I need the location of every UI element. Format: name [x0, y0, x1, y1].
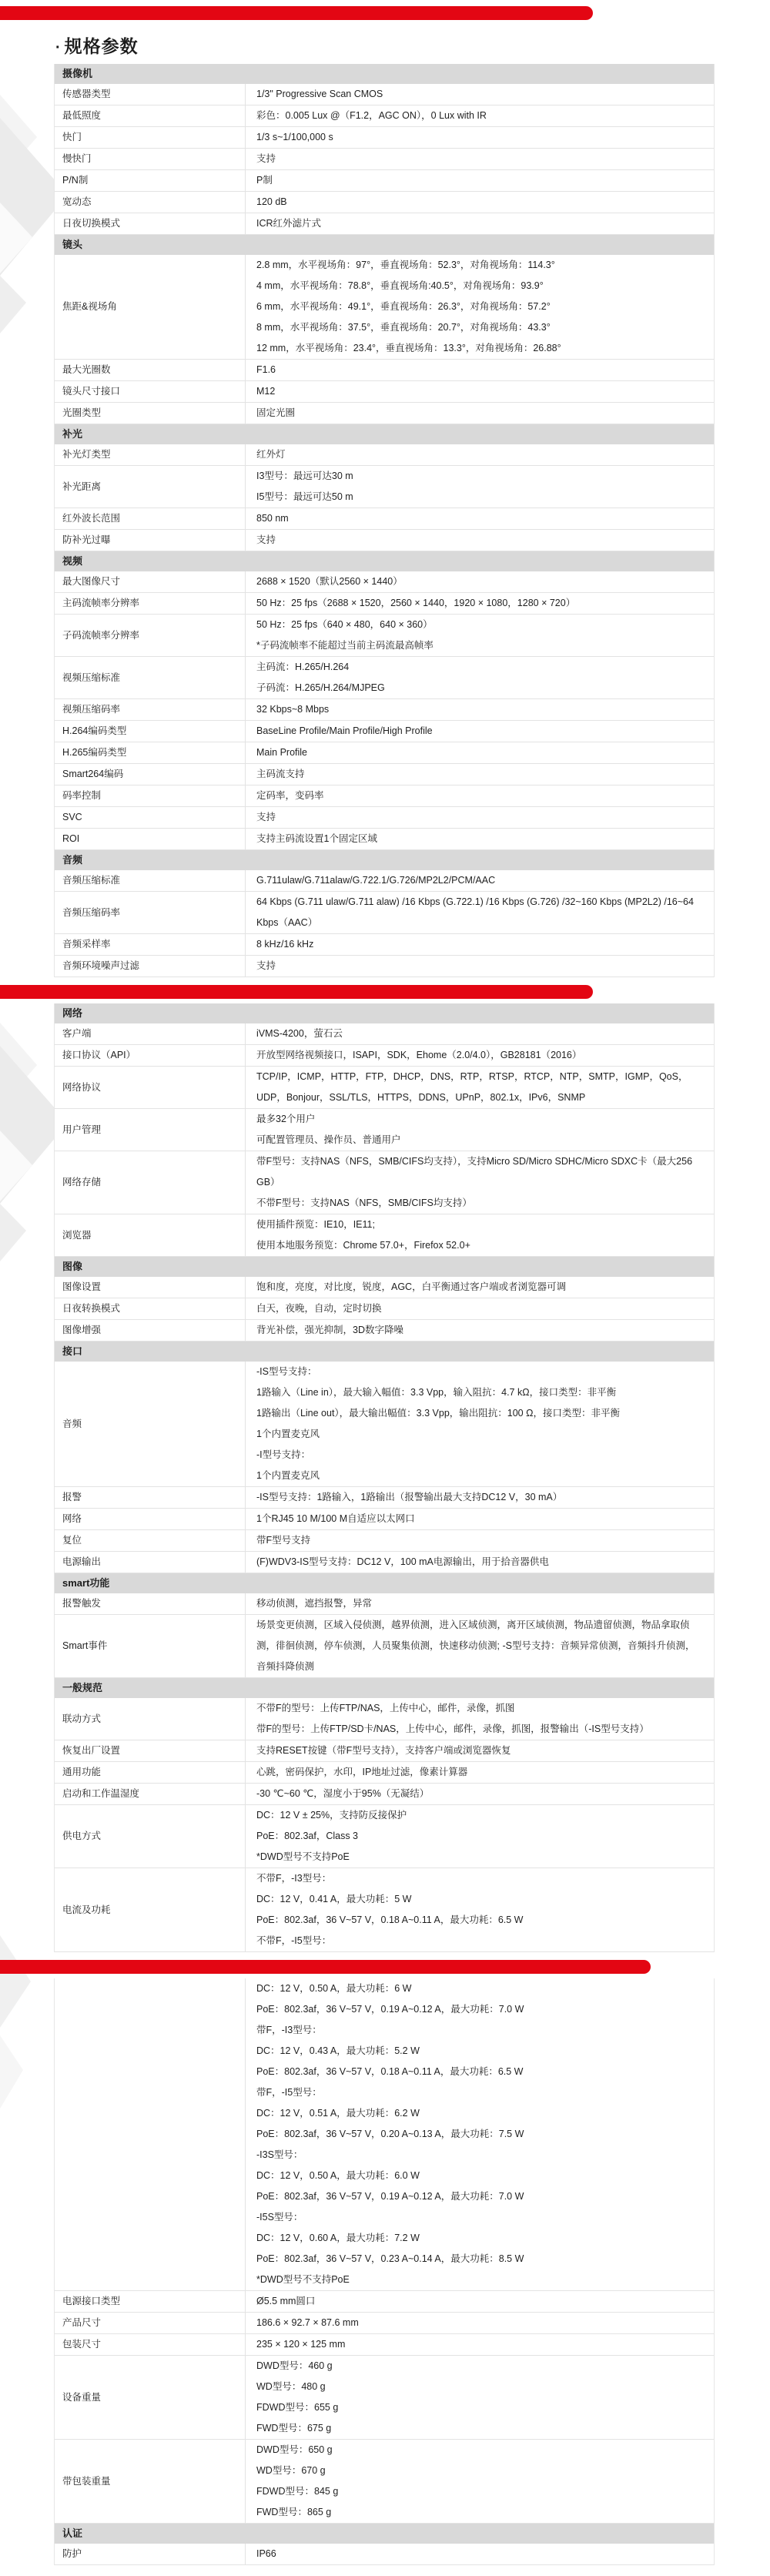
spec-value: 支持 — [246, 807, 714, 828]
spec-line: 带F型号支持 — [256, 1530, 703, 1551]
spec-label: H.265编码类型 — [55, 742, 246, 763]
spec-label: 网络协议 — [55, 1067, 246, 1108]
spec-label: 音频环境噪声过滤 — [55, 956, 246, 976]
spec-line: 红外灯 — [256, 444, 703, 465]
spec-value: 彩色：0.005 Lux @（F1.2，AGC ON），0 Lux with I… — [246, 106, 714, 126]
spec-line: (F)WDV3-IS型号支持：DC12 V，100 mA电源输出，用于拾音器供电 — [256, 1552, 703, 1573]
spec-label: 音频压缩码率 — [55, 892, 246, 933]
spec-line: 不带F型号：支持NAS（NFS，SMB/CIFS均支持） — [256, 1193, 703, 1214]
spec-line: DWD型号：650 g — [256, 2440, 703, 2460]
spec-line: 带F的型号：上传FTP/SD卡/NAS，上传中心，邮件，录像，抓图，报警输出（-… — [256, 1719, 703, 1740]
spec-label: 设备重量 — [55, 2356, 246, 2439]
red-divider-bar — [0, 1960, 651, 1974]
spec-line: 6 mm，水平视场角：49.1°，垂直视场角：26.3°，对角视场角：57.2° — [256, 296, 703, 317]
spec-label: 网络 — [55, 1509, 246, 1529]
spec-row: 电源输出(F)WDV3-IS型号支持：DC12 V，100 mA电源输出，用于拾… — [55, 1552, 714, 1573]
spec-label: 最低照度 — [55, 106, 246, 126]
spec-label: 光圈类型 — [55, 403, 246, 424]
spec-value: 850 nm — [246, 508, 714, 529]
spec-line: 带F，-I3型号： — [256, 2020, 703, 2041]
spec-line: PoE：802.3af，36 V~57 V，0.19 A~0.12 A，最大功耗… — [256, 1999, 703, 2020]
spec-row: 音频压缩标准G.711ulaw/G.711alaw/G.722.1/G.726/… — [55, 870, 714, 892]
spec-row: 浏览器使用插件预览：IE10，IE11;使用本地服务预览：Chrome 57.0… — [55, 1214, 714, 1257]
spec-line: 1路输入（Line in），最大输入幅值：3.3 Vpp，输入阻抗：4.7 kΩ… — [256, 1382, 703, 1403]
spec-label: 码率控制 — [55, 786, 246, 806]
spec-row: 接口协议（API）开放型网络视频接口，ISAPI，SDK，Ehome（2.0/4… — [55, 1045, 714, 1067]
section-header: 音频 — [55, 850, 714, 870]
spec-row: 音频压缩码率64 Kbps (G.711 ulaw/G.711 alaw) /1… — [55, 892, 714, 934]
spec-value: DC：12 V，0.50 A，最大功耗：6 WPoE：802.3af，36 V~… — [246, 1978, 714, 2290]
watermark-graphic — [0, 1920, 46, 2151]
section-header: 图像 — [55, 1257, 714, 1277]
spec-value: DC：12 V ± 25%，支持防反接保护PoE：802.3af，Class 3… — [246, 1805, 714, 1868]
spec-line: WD型号：670 g — [256, 2460, 703, 2481]
spec-label: 带包装重量 — [55, 2440, 246, 2523]
spec-value: 1/3 s~1/100,000 s — [246, 127, 714, 148]
spec-row: 网络协议TCP/IP，ICMP，HTTP，FTP，DHCP，DNS，RTP，RT… — [55, 1067, 714, 1109]
spec-line: 开放型网络视频接口，ISAPI，SDK，Ehome（2.0/4.0），GB281… — [256, 1045, 703, 1066]
spec-value: P制 — [246, 170, 714, 191]
spec-label: 报警 — [55, 1487, 246, 1508]
spec-row: 视频压缩标准主码流：H.265/H.264子码流：H.265/H.264/MJP… — [55, 657, 714, 699]
spec-value: 带F型号支持 — [246, 1530, 714, 1551]
spec-line: 支持 — [256, 807, 703, 828]
spec-value: 背光补偿，强光抑制，3D数字降噪 — [246, 1320, 714, 1341]
spec-label: 图像增强 — [55, 1320, 246, 1341]
spec-line: 可配置管理员、操作员、普通用户 — [256, 1130, 703, 1151]
spec-label: 子码流帧率分辨率 — [55, 615, 246, 656]
spec-line: 饱和度，亮度，对比度，锐度，AGC，白平衡通过客户端或者浏览器可调 — [256, 1277, 703, 1298]
spec-value: 64 Kbps (G.711 ulaw/G.711 alaw) /16 Kbps… — [246, 892, 714, 933]
spec-row: 图像设置饱和度，亮度，对比度，锐度，AGC，白平衡通过客户端或者浏览器可调 — [55, 1277, 714, 1298]
spec-line: 120 dB — [256, 192, 703, 213]
spec-line: FDWD型号：845 g — [256, 2481, 703, 2502]
spec-line: PoE：802.3af，36 V~57 V，0.18 A~0.11 A，最大功耗… — [256, 2062, 703, 2082]
spec-value: 1个RJ45 10 M/100 M自适应以太网口 — [246, 1509, 714, 1529]
spec-line: 使用插件预览：IE10，IE11; — [256, 1214, 703, 1235]
spec-value: TCP/IP，ICMP，HTTP，FTP，DHCP，DNS，RTP，RTSP，R… — [246, 1067, 714, 1108]
spec-value: F1.6 — [246, 360, 714, 380]
spec-label: P/N制 — [55, 170, 246, 191]
spec-value: 2.8 mm，水平视场角：97°，垂直视场角：52.3°，对角视场角：114.3… — [246, 255, 714, 359]
spec-row: H.264编码类型BaseLine Profile/Main Profile/H… — [55, 721, 714, 742]
spec-row: 码率控制定码率，变码率 — [55, 786, 714, 807]
spec-label: 主码流帧率分辨率 — [55, 593, 246, 614]
spec-row: 镜头尺寸接口M12 — [55, 381, 714, 403]
section-header: 网络 — [55, 1003, 714, 1023]
spec-row: 电源接口类型Ø5.5 mm圆口 — [55, 2291, 714, 2313]
spec-row: 红外波长范围850 nm — [55, 508, 714, 530]
spec-line: *DWD型号不支持PoE — [256, 1847, 703, 1868]
spec-line: I5型号：最远可达50 m — [256, 487, 703, 507]
spec-label — [55, 1978, 246, 2290]
spec-line: 1/3" Progressive Scan CMOS — [256, 84, 703, 105]
spec-label: SVC — [55, 807, 246, 828]
spec-label: 音频采样率 — [55, 934, 246, 955]
spec-row: 电流及功耗不带F，-I3型号：DC：12 V，0.41 A，最大功耗：5 WPo… — [55, 1868, 714, 1952]
section-header: 镜头 — [55, 235, 714, 255]
spec-line: 32 Kbps~8 Mbps — [256, 699, 703, 720]
red-divider-bar — [0, 6, 593, 20]
spec-label: 红外波长范围 — [55, 508, 246, 529]
spec-value: 主码流：H.265/H.264子码流：H.265/H.264/MJPEG — [246, 657, 714, 698]
spec-row: 网络存储带F型号：支持NAS（NFS，SMB/CIFS均支持），支持Micro … — [55, 1151, 714, 1214]
spec-row: SVC支持 — [55, 807, 714, 829]
spec-line: BaseLine Profile/Main Profile/High Profi… — [256, 721, 703, 742]
spec-row: DC：12 V，0.50 A，最大功耗：6 WPoE：802.3af，36 V~… — [55, 1978, 714, 2291]
spec-value: ICR红外滤片式 — [246, 213, 714, 234]
spec-row: 防护IP66 — [55, 2544, 714, 2565]
spec-label: 报警触发 — [55, 1593, 246, 1614]
spec-line: IP66 — [256, 2544, 703, 2564]
spec-row: Smart264编码主码流支持 — [55, 764, 714, 786]
spec-line: UDP，Bonjour，SSL/TLS，HTTPS，DDNS，UPnP，802.… — [256, 1087, 703, 1108]
spec-value: 红外灯 — [246, 444, 714, 465]
spec-line: DC：12 V，0.41 A，最大功耗：5 W — [256, 1889, 703, 1910]
spec-label: 包装尺寸 — [55, 2334, 246, 2355]
spec-line: PoE：802.3af，36 V~57 V，0.18 A~0.11 A，最大功耗… — [256, 1910, 703, 1931]
spec-line: DC：12 V ± 25%，支持防反接保护 — [256, 1805, 703, 1826]
spec-line: 背光补偿，强光抑制，3D数字降噪 — [256, 1320, 703, 1341]
spec-label: 日夜转换模式 — [55, 1298, 246, 1319]
spec-value: 2688 × 1520（默认2560 × 1440） — [246, 571, 714, 592]
red-divider-bar — [0, 985, 593, 999]
spec-label: 音频 — [55, 1362, 246, 1486]
spec-line: 带F，-I5型号： — [256, 2082, 703, 2103]
spec-line: 主码流支持 — [256, 764, 703, 785]
spec-row: 最大图像尺寸2688 × 1520（默认2560 × 1440） — [55, 571, 714, 593]
spec-line: -30 ℃~60 ℃，湿度小于95%（无凝结） — [256, 1784, 703, 1804]
spec-row: 包装尺寸235 × 120 × 125 mm — [55, 2334, 714, 2356]
spec-line: *子码流帧率不能超过当前主码流最高帧率 — [256, 635, 703, 656]
spec-label: 音频压缩标准 — [55, 870, 246, 891]
spec-value: DWD型号：460 gWD型号：480 gFDWD型号：655 gFWD型号：6… — [246, 2356, 714, 2439]
spec-line: FWD型号：865 g — [256, 2502, 703, 2523]
spec-row: 音频环境噪声过滤支持 — [55, 956, 714, 977]
spec-label: 启动和工作温湿度 — [55, 1784, 246, 1804]
spec-line: 不带F，-I5型号： — [256, 1931, 703, 1951]
spec-row: H.265编码类型Main Profile — [55, 742, 714, 764]
spec-value: BaseLine Profile/Main Profile/High Profi… — [246, 721, 714, 742]
spec-row: 最低照度彩色：0.005 Lux @（F1.2，AGC ON），0 Lux wi… — [55, 106, 714, 127]
spec-line: DC：12 V，0.50 A，最大功耗：6.0 W — [256, 2166, 703, 2186]
spec-line: iVMS-4200，萤石云 — [256, 1023, 703, 1044]
spec-row: 网络1个RJ45 10 M/100 M自适应以太网口 — [55, 1509, 714, 1530]
spec-label: H.264编码类型 — [55, 721, 246, 742]
spec-line: 彩色：0.005 Lux @（F1.2，AGC ON），0 Lux with I… — [256, 106, 703, 126]
spec-value: 支持主码流设置1个固定区域 — [246, 829, 714, 849]
spec-value: 不带F，-I3型号：DC：12 V，0.41 A，最大功耗：5 WPoE：802… — [246, 1868, 714, 1951]
spec-row: 设备重量DWD型号：460 gWD型号：480 gFDWD型号：655 gFWD… — [55, 2356, 714, 2440]
title-text: 规格参数 — [65, 36, 139, 56]
title-bullet: · — [55, 39, 62, 56]
spec-value: (F)WDV3-IS型号支持：DC12 V，100 mA电源输出，用于拾音器供电 — [246, 1552, 714, 1573]
spec-line: 不带F的型号：上传FTP/NAS，上传中心，邮件，录像，抓图 — [256, 1698, 703, 1719]
spec-label: 恢复出厂设置 — [55, 1740, 246, 1761]
spec-line: 50 Hz：25 fps（640 × 480，640 × 360） — [256, 615, 703, 635]
spec-row: 恢复出厂设置支持RESET按键（带F型号支持），支持客户端或浏览器恢复 — [55, 1740, 714, 1762]
spec-row: 报警-IS型号支持：1路输入，1路输出（报警输出最大支持DC12 V，30 mA… — [55, 1487, 714, 1509]
spec-line: 带F型号：支持NAS（NFS，SMB/CIFS均支持），支持Micro SD/M… — [256, 1151, 703, 1193]
spec-line: DC：12 V，0.50 A，最大功耗：6 W — [256, 1978, 703, 1999]
spec-line: PoE：802.3af，36 V~57 V，0.19 A~0.12 A，最大功耗… — [256, 2186, 703, 2207]
spec-line: 场景变更侦测，区域入侵侦测，越界侦测，进入区域侦测，离开区域侦测，物品遗留侦测，… — [256, 1615, 703, 1677]
spec-value: 开放型网络视频接口，ISAPI，SDK，Ehome（2.0/4.0），GB281… — [246, 1045, 714, 1066]
spec-line: 支持 — [256, 530, 703, 551]
spec-value: 50 Hz：25 fps（640 × 480，640 × 360）*子码流帧率不… — [246, 615, 714, 656]
spec-row: 联动方式不带F的型号：上传FTP/NAS，上传中心，邮件，录像，抓图带F的型号：… — [55, 1698, 714, 1740]
spec-line: 最多32个用户 — [256, 1109, 703, 1130]
spec-line: -IS型号支持：1路输入，1路输出（报警输出最大支持DC12 V，30 mA） — [256, 1487, 703, 1508]
spec-table-block-2: 网络客户端iVMS-4200，萤石云接口协议（API）开放型网络视频接口，ISA… — [54, 1003, 715, 1952]
spec-row: 日夜切换模式ICR红外滤片式 — [55, 213, 714, 235]
spec-label: 电源输出 — [55, 1552, 246, 1573]
spec-row: 光圈类型固定光圈 — [55, 403, 714, 424]
spec-value: 不带F的型号：上传FTP/NAS，上传中心，邮件，录像，抓图带F的型号：上传FT… — [246, 1698, 714, 1740]
spec-label: Smart264编码 — [55, 764, 246, 785]
spec-row: 日夜转换模式白天，夜晚，自动，定时切换 — [55, 1298, 714, 1320]
spec-line: 不带F，-I3型号： — [256, 1868, 703, 1889]
spec-value: 186.6 × 92.7 × 87.6 mm — [246, 2313, 714, 2333]
spec-line: 支持RESET按键（带F型号支持），支持客户端或浏览器恢复 — [256, 1740, 703, 1761]
spec-line: 1/3 s~1/100,000 s — [256, 127, 703, 148]
spec-value: -IS型号支持：1路输入（Line in），最大输入幅值：3.3 Vpp，输入阻… — [246, 1362, 714, 1486]
spec-line: 2.8 mm，水平视场角：97°，垂直视场角：52.3°，对角视场角：114.3… — [256, 255, 703, 276]
spec-line: -I3S型号： — [256, 2145, 703, 2166]
spec-label: 产品尺寸 — [55, 2313, 246, 2333]
spec-line: -I5S型号： — [256, 2207, 703, 2228]
section-header: 摄像机 — [55, 64, 714, 84]
spec-label: 网络存储 — [55, 1151, 246, 1214]
spec-row: 最大光圈数F1.6 — [55, 360, 714, 381]
spec-label: 供电方式 — [55, 1805, 246, 1868]
spec-label: 补光灯类型 — [55, 444, 246, 465]
spec-label: 客户端 — [55, 1023, 246, 1044]
spec-row: 焦距&视场角2.8 mm，水平视场角：97°，垂直视场角：52.3°，对角视场角… — [55, 255, 714, 360]
spec-sheet: 摄像机传感器类型1/3" Progressive Scan CMOS最低照度彩色… — [0, 64, 770, 2565]
spec-value: 1/3" Progressive Scan CMOS — [246, 84, 714, 105]
spec-line: F1.6 — [256, 360, 703, 380]
spec-value: 支持 — [246, 956, 714, 976]
spec-row: 供电方式DC：12 V ± 25%，支持防反接保护PoE：802.3af，Cla… — [55, 1805, 714, 1868]
spec-line: 1个RJ45 10 M/100 M自适应以太网口 — [256, 1509, 703, 1529]
spec-line: DC：12 V，0.43 A，最大功耗：5.2 W — [256, 2041, 703, 2062]
spec-label: 焦距&视场角 — [55, 255, 246, 359]
spec-label: 复位 — [55, 1530, 246, 1551]
section-header: 视频 — [55, 551, 714, 571]
spec-label: 浏览器 — [55, 1214, 246, 1256]
spec-value: Ø5.5 mm圆口 — [246, 2291, 714, 2312]
spec-row: 子码流帧率分辨率50 Hz：25 fps（640 × 480，640 × 360… — [55, 615, 714, 657]
spec-label: 传感器类型 — [55, 84, 246, 105]
section-header: 接口 — [55, 1342, 714, 1362]
spec-value: -30 ℃~60 ℃，湿度小于95%（无凝结） — [246, 1784, 714, 1804]
section-header: 补光 — [55, 424, 714, 444]
spec-line: 使用本地服务预览：Chrome 57.0+，Firefox 52.0+ — [256, 1235, 703, 1256]
spec-row: P/N制P制 — [55, 170, 714, 192]
spec-line: 支持主码流设置1个固定区域 — [256, 829, 703, 849]
spec-line: P制 — [256, 170, 703, 191]
spec-line: DWD型号：460 g — [256, 2356, 703, 2377]
spec-value: G.711ulaw/G.711alaw/G.722.1/G.726/MP2L2/… — [246, 870, 714, 891]
spec-line: G.711ulaw/G.711alaw/G.722.1/G.726/MP2L2/… — [256, 870, 703, 891]
spec-value: 最多32个用户可配置管理员、操作员、普通用户 — [246, 1109, 714, 1151]
spec-line: 186.6 × 92.7 × 87.6 mm — [256, 2313, 703, 2333]
spec-row: 慢快门支持 — [55, 149, 714, 170]
spec-line: Main Profile — [256, 742, 703, 763]
spec-label: 慢快门 — [55, 149, 246, 169]
spec-label: 用户管理 — [55, 1109, 246, 1151]
spec-line: 支持 — [256, 956, 703, 976]
spec-label: 视频压缩码率 — [55, 699, 246, 720]
section-header: smart功能 — [55, 1573, 714, 1593]
spec-value: 支持RESET按键（带F型号支持），支持客户端或浏览器恢复 — [246, 1740, 714, 1761]
spec-line: PoE：802.3af，Class 3 — [256, 1826, 703, 1847]
section-header: 认证 — [55, 2524, 714, 2544]
spec-value: 支持 — [246, 149, 714, 169]
spec-label: 补光距离 — [55, 466, 246, 507]
spec-line: 固定光圈 — [256, 403, 703, 424]
spec-row: Smart事件场景变更侦测，区域入侵侦测，越界侦测，进入区域侦测，离开区域侦测，… — [55, 1615, 714, 1678]
spec-row: 产品尺寸186.6 × 92.7 × 87.6 mm — [55, 2313, 714, 2334]
spec-row: 防补光过曝支持 — [55, 530, 714, 551]
spec-line: 8 mm，水平视场角：37.5°，垂直视场角：20.7°，对角视场角：43.3° — [256, 317, 703, 338]
spec-line: TCP/IP，ICMP，HTTP，FTP，DHCP，DNS，RTP，RTSP，R… — [256, 1067, 703, 1087]
spec-line: M12 — [256, 381, 703, 402]
spec-line: 235 × 120 × 125 mm — [256, 2334, 703, 2355]
spec-value: 8 kHz/16 kHz — [246, 934, 714, 955]
section-header: 一般规范 — [55, 1678, 714, 1698]
spec-line: DC：12 V，0.60 A，最大功耗：7.2 W — [256, 2228, 703, 2249]
spec-line: ICR红外滤片式 — [256, 213, 703, 234]
spec-value: iVMS-4200，萤石云 — [246, 1023, 714, 1044]
spec-value: 固定光圈 — [246, 403, 714, 424]
page-title: ·规格参数 — [55, 32, 770, 58]
spec-line: 1路输出（Line out），最大输出幅值：3.3 Vpp，输出阻抗：100 Ω… — [256, 1403, 703, 1424]
spec-value: 120 dB — [246, 192, 714, 213]
spec-label: 日夜切换模式 — [55, 213, 246, 234]
spec-value: I3型号：最远可达30 mI5型号：最远可达50 m — [246, 466, 714, 507]
spec-line: 12 mm，水平视场角：23.4°，垂直视场角：13.3°，对角视场角：26.8… — [256, 338, 703, 359]
spec-line: Ø5.5 mm圆口 — [256, 2291, 703, 2312]
spec-line: 子码流：H.265/H.264/MJPEG — [256, 678, 703, 698]
spec-line: I3型号：最远可达30 m — [256, 466, 703, 487]
spec-value: 场景变更侦测，区域入侵侦测，越界侦测，进入区域侦测，离开区域侦测，物品遗留侦测，… — [246, 1615, 714, 1677]
spec-line: PoE：802.3af，36 V~57 V，0.23 A~0.14 A，最大功耗… — [256, 2249, 703, 2269]
spec-table-block-1: 摄像机传感器类型1/3" Progressive Scan CMOS最低照度彩色… — [54, 64, 715, 977]
spec-label: 最大图像尺寸 — [55, 571, 246, 592]
spec-line: WD型号：480 g — [256, 2377, 703, 2397]
spec-value: M12 — [246, 381, 714, 402]
spec-line: 心跳，密码保护，水印，IP地址过滤，像素计算器 — [256, 1762, 703, 1783]
spec-label: 通用功能 — [55, 1762, 246, 1783]
spec-label: 防补光过曝 — [55, 530, 246, 551]
spec-label: Smart事件 — [55, 1615, 246, 1677]
spec-line: 1个内置麦克风 — [256, 1424, 703, 1445]
spec-line: *DWD型号不支持PoE — [256, 2269, 703, 2290]
spec-row: 复位带F型号支持 — [55, 1530, 714, 1552]
spec-line: 850 nm — [256, 508, 703, 529]
spec-value: 移动侦测，遮挡报警，异常 — [246, 1593, 714, 1614]
spec-label: 视频压缩标准 — [55, 657, 246, 698]
spec-label: 接口协议（API） — [55, 1045, 246, 1066]
spec-line: PoE：802.3af，36 V~57 V，0.20 A~0.13 A，最大功耗… — [256, 2124, 703, 2145]
spec-label: 宽动态 — [55, 192, 246, 213]
spec-row: 补光距离I3型号：最远可达30 mI5型号：最远可达50 m — [55, 466, 714, 508]
spec-row: 宽动态120 dB — [55, 192, 714, 213]
spec-value: 白天，夜晚，自动，定时切换 — [246, 1298, 714, 1319]
spec-value: 心跳，密码保护，水印，IP地址过滤，像素计算器 — [246, 1762, 714, 1783]
spec-row: 快门1/3 s~1/100,000 s — [55, 127, 714, 149]
spec-row: 音频-IS型号支持：1路输入（Line in），最大输入幅值：3.3 Vpp，输… — [55, 1362, 714, 1487]
spec-line: 主码流：H.265/H.264 — [256, 657, 703, 678]
spec-row: 补光灯类型红外灯 — [55, 444, 714, 466]
spec-value: 支持 — [246, 530, 714, 551]
spec-label: 快门 — [55, 127, 246, 148]
spec-value: -IS型号支持：1路输入，1路输出（报警输出最大支持DC12 V，30 mA） — [246, 1487, 714, 1508]
spec-line: -I型号支持： — [256, 1445, 703, 1466]
spec-value: 主码流支持 — [246, 764, 714, 785]
spec-row: 报警触发移动侦测，遮挡报警，异常 — [55, 1593, 714, 1615]
spec-label: 电源接口类型 — [55, 2291, 246, 2312]
spec-line: DC：12 V，0.51 A，最大功耗：6.2 W — [256, 2103, 703, 2124]
spec-row: 视频压缩码率32 Kbps~8 Mbps — [55, 699, 714, 721]
spec-value: 使用插件预览：IE10，IE11;使用本地服务预览：Chrome 57.0+，F… — [246, 1214, 714, 1256]
spec-value: Main Profile — [246, 742, 714, 763]
spec-row: 用户管理最多32个用户可配置管理员、操作员、普通用户 — [55, 1109, 714, 1151]
spec-value: 50 Hz：25 fps（2688 × 1520，2560 × 1440，192… — [246, 593, 714, 614]
spec-row: 传感器类型1/3" Progressive Scan CMOS — [55, 84, 714, 106]
spec-line: 定码率，变码率 — [256, 786, 703, 806]
spec-value: DWD型号：650 gWD型号：670 gFDWD型号：845 gFWD型号：8… — [246, 2440, 714, 2523]
spec-table-block-3: DC：12 V，0.50 A，最大功耗：6 WPoE：802.3af，36 V~… — [54, 1978, 715, 2565]
spec-row: 主码流帧率分辨率50 Hz：25 fps（2688 × 1520，2560 × … — [55, 593, 714, 615]
spec-line: 64 Kbps (G.711 ulaw/G.711 alaw) /16 Kbps… — [256, 892, 703, 933]
spec-line: 4 mm，水平视场角：78.8°，垂直视场角:40.5°，对角视场角：93.9° — [256, 276, 703, 296]
spec-label: 电流及功耗 — [55, 1868, 246, 1951]
spec-line: 移动侦测，遮挡报警，异常 — [256, 1593, 703, 1614]
spec-row: 图像增强背光补偿，强光抑制，3D数字降噪 — [55, 1320, 714, 1342]
spec-line: 50 Hz：25 fps（2688 × 1520，2560 × 1440，192… — [256, 593, 703, 614]
spec-line: FDWD型号：655 g — [256, 2397, 703, 2418]
spec-row: 客户端iVMS-4200，萤石云 — [55, 1023, 714, 1045]
spec-row: 启动和工作温湿度-30 ℃~60 ℃，湿度小于95%（无凝结） — [55, 1784, 714, 1805]
spec-label: 镜头尺寸接口 — [55, 381, 246, 402]
spec-line: FWD型号：675 g — [256, 2418, 703, 2439]
spec-line: 2688 × 1520（默认2560 × 1440） — [256, 571, 703, 592]
spec-value: IP66 — [246, 2544, 714, 2564]
spec-label: 图像设置 — [55, 1277, 246, 1298]
spec-label: ROI — [55, 829, 246, 849]
spec-label: 最大光圈数 — [55, 360, 246, 380]
spec-line: 1个内置麦克风 — [256, 1466, 703, 1486]
spec-line: 白天，夜晚，自动，定时切换 — [256, 1298, 703, 1319]
spec-value: 32 Kbps~8 Mbps — [246, 699, 714, 720]
spec-line: -IS型号支持： — [256, 1362, 703, 1382]
spec-value: 定码率，变码率 — [246, 786, 714, 806]
spec-value: 带F型号：支持NAS（NFS，SMB/CIFS均支持），支持Micro SD/M… — [246, 1151, 714, 1214]
page-header: ·规格参数 — [0, 6, 770, 58]
spec-label: 防护 — [55, 2544, 246, 2564]
spec-row: ROI支持主码流设置1个固定区域 — [55, 829, 714, 850]
spec-row: 音频采样率8 kHz/16 kHz — [55, 934, 714, 956]
spec-value: 饱和度，亮度，对比度，锐度，AGC，白平衡通过客户端或者浏览器可调 — [246, 1277, 714, 1298]
spec-row: 通用功能心跳，密码保护，水印，IP地址过滤，像素计算器 — [55, 1762, 714, 1784]
spec-line: 支持 — [256, 149, 703, 169]
spec-value: 235 × 120 × 125 mm — [246, 2334, 714, 2355]
spec-label: 联动方式 — [55, 1698, 246, 1740]
spec-line: 8 kHz/16 kHz — [256, 934, 703, 955]
